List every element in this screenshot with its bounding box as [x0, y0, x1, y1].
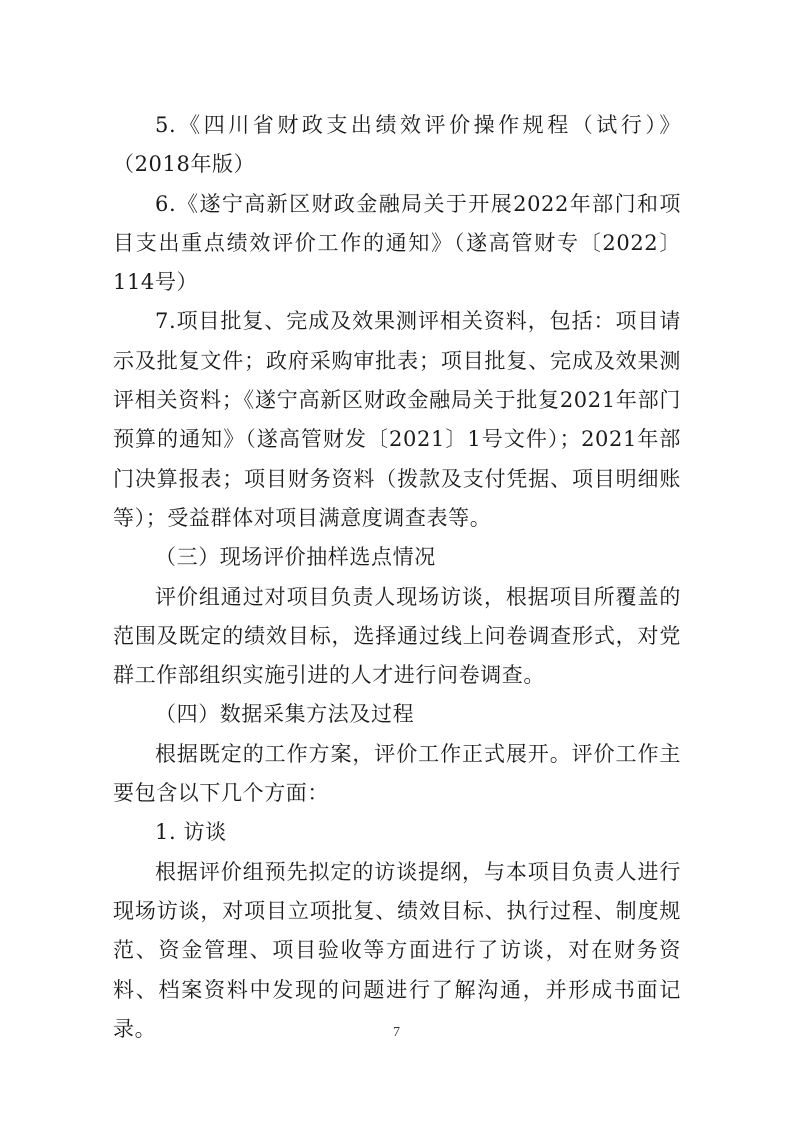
section-heading-sampling: （三）现场评价抽样选点情况 — [113, 538, 681, 577]
interview-paragraph: 根据评价组预先拟定的访谈提纲，与本项目负责人进行现场访谈，对项目立项批复、绩效目… — [113, 853, 681, 1049]
document-page: 5.《四川省财政支出绩效评价操作规程（试行）》（2018年版） 6.《遂宁高新区… — [113, 106, 681, 1049]
page-number: 7 — [0, 1025, 793, 1041]
reference-item-5: 5.《四川省财政支出绩效评价操作规程（试行）》（2018年版） — [113, 106, 681, 185]
data-collection-intro: 根据既定的工作方案，评价工作正式展开。评价工作主要包含以下几个方面： — [113, 735, 681, 814]
reference-item-7: 7.项目批复、完成及效果测评相关资料，包括：项目请示及批复文件；政府采购审批表；… — [113, 302, 681, 538]
section-heading-data-collection: （四）数据采集方法及过程 — [113, 695, 681, 734]
reference-item-6: 6.《遂宁高新区财政金融局关于开展2022年部门和项目支出重点绩效评价工作的通知… — [113, 185, 681, 303]
subheading-interview: 1. 访谈 — [113, 813, 681, 852]
sampling-paragraph: 评价组通过对项目负责人现场访谈，根据项目所覆盖的范围及既定的绩效目标，选择通过线… — [113, 578, 681, 696]
